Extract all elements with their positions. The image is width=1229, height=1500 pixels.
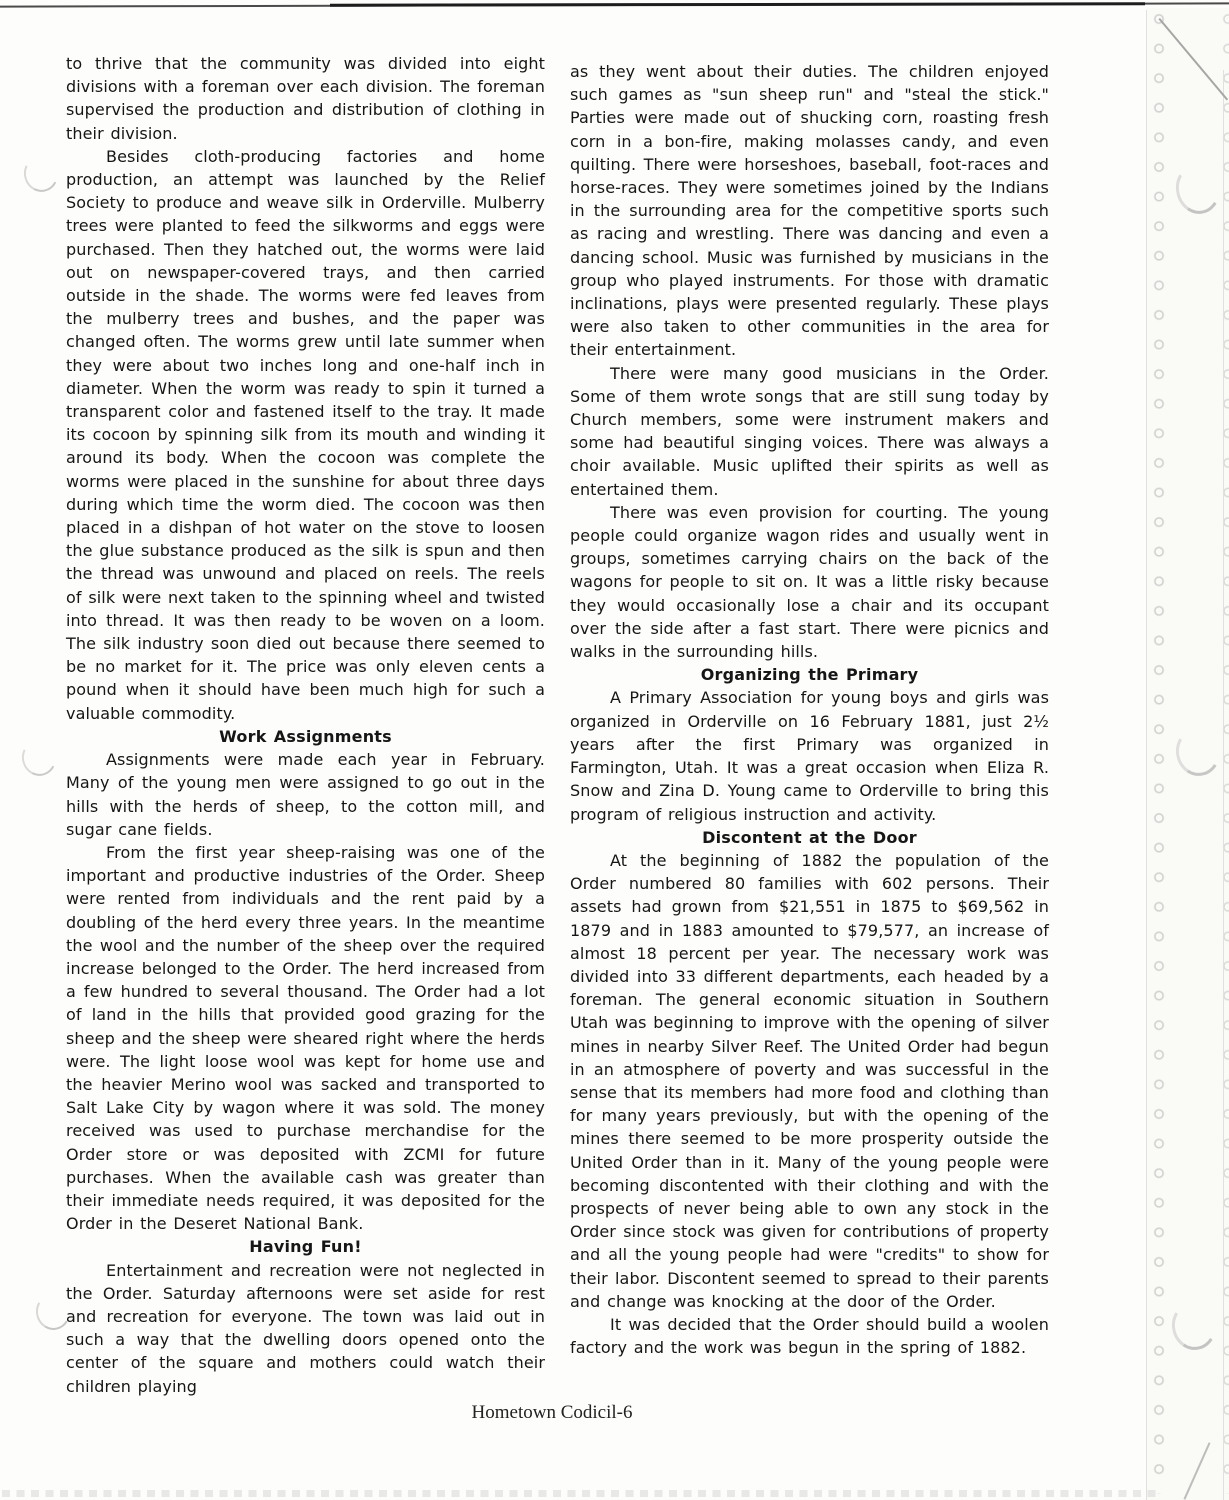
page-edge-line <box>1146 10 1147 1500</box>
paragraph: There was even provision for courting. T… <box>570 501 1049 663</box>
section-heading-organizing-the-primary: Organizing the Primary <box>570 663 1049 686</box>
scan-top-edge-line-dark <box>330 2 1145 6</box>
paragraph: to thrive that the community was divided… <box>66 52 545 145</box>
section-heading-having-fun: Having Fun! <box>66 1235 545 1258</box>
page-footer: Hometown Codicil-6 <box>0 1402 1104 1424</box>
perforation-holes <box>1150 8 1168 1494</box>
paragraph: Entertainment and recreation were not ne… <box>66 1259 545 1398</box>
paragraph: At the beginning of 1882 the population … <box>570 849 1049 1313</box>
paragraph: Besides cloth-producing factories and ho… <box>66 145 545 725</box>
paragraph: as they went about their duties. The chi… <box>570 60 1049 362</box>
section-heading-work-assignments: Work Assignments <box>66 725 545 748</box>
paragraph: A Primary Association for young boys and… <box>570 686 1049 825</box>
left-column: to thrive that the community was divided… <box>66 52 545 1398</box>
scanned-page: to thrive that the community was divided… <box>0 0 1229 1500</box>
section-heading-discontent-at-the-door: Discontent at the Door <box>570 826 1049 849</box>
paragraph: Assignments were made each year in Febru… <box>66 748 545 841</box>
binder-ring-mark <box>17 736 60 781</box>
paragraph: There were many good musicians in the Or… <box>570 362 1049 501</box>
right-column: as they went about their duties. The chi… <box>570 60 1049 1359</box>
bottom-perforation-row <box>2 1490 1162 1497</box>
paragraph: From the first year sheep-raising was on… <box>66 841 545 1235</box>
paragraph: It was decided that the Order should bui… <box>570 1313 1049 1359</box>
binder-ring-mark <box>19 152 62 197</box>
